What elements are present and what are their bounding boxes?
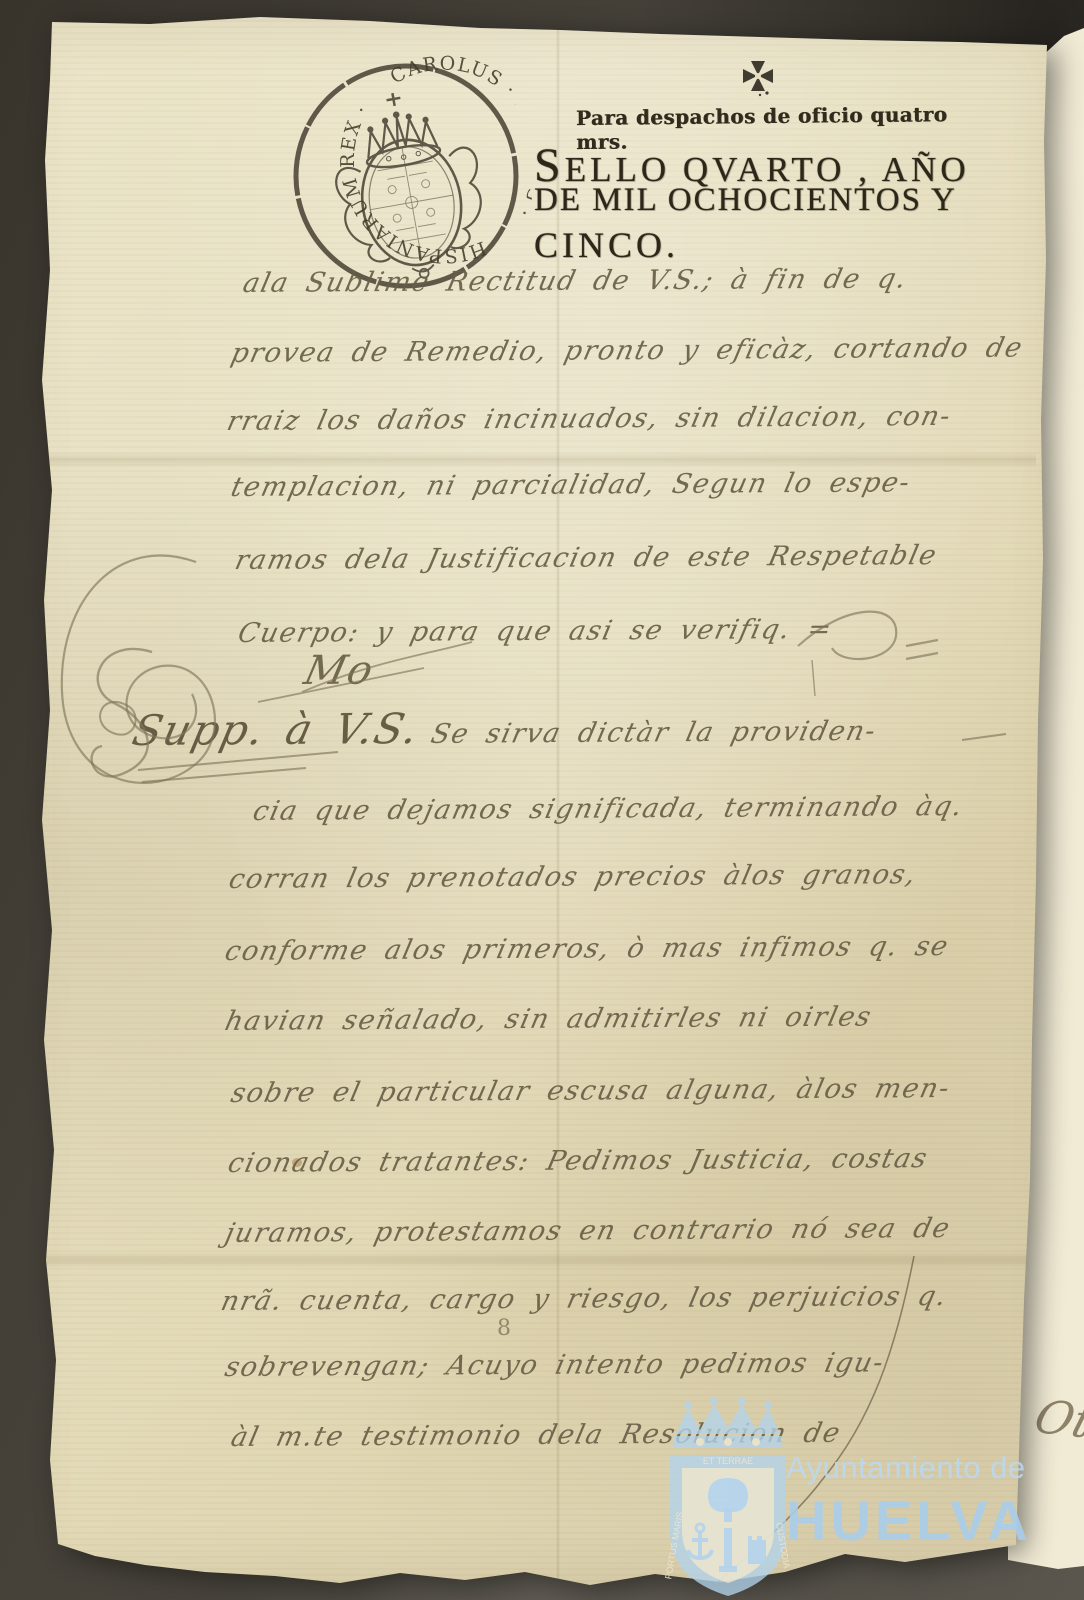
archival-scan: { "colors": { "background": "#45413a", "…	[0, 0, 1084, 1600]
manuscript-page-wrap: CAROLUS · IV · D · G · HISPANIARUM REX ·…	[0, 0, 1084, 1600]
paper-crack	[700, 1256, 914, 1598]
paper-stain	[512, 1576, 521, 1584]
ink-flourishes	[0, 0, 1084, 1600]
manuscript-page: CAROLUS · IV · D · G · HISPANIARUM REX ·…	[0, 0, 1084, 1600]
